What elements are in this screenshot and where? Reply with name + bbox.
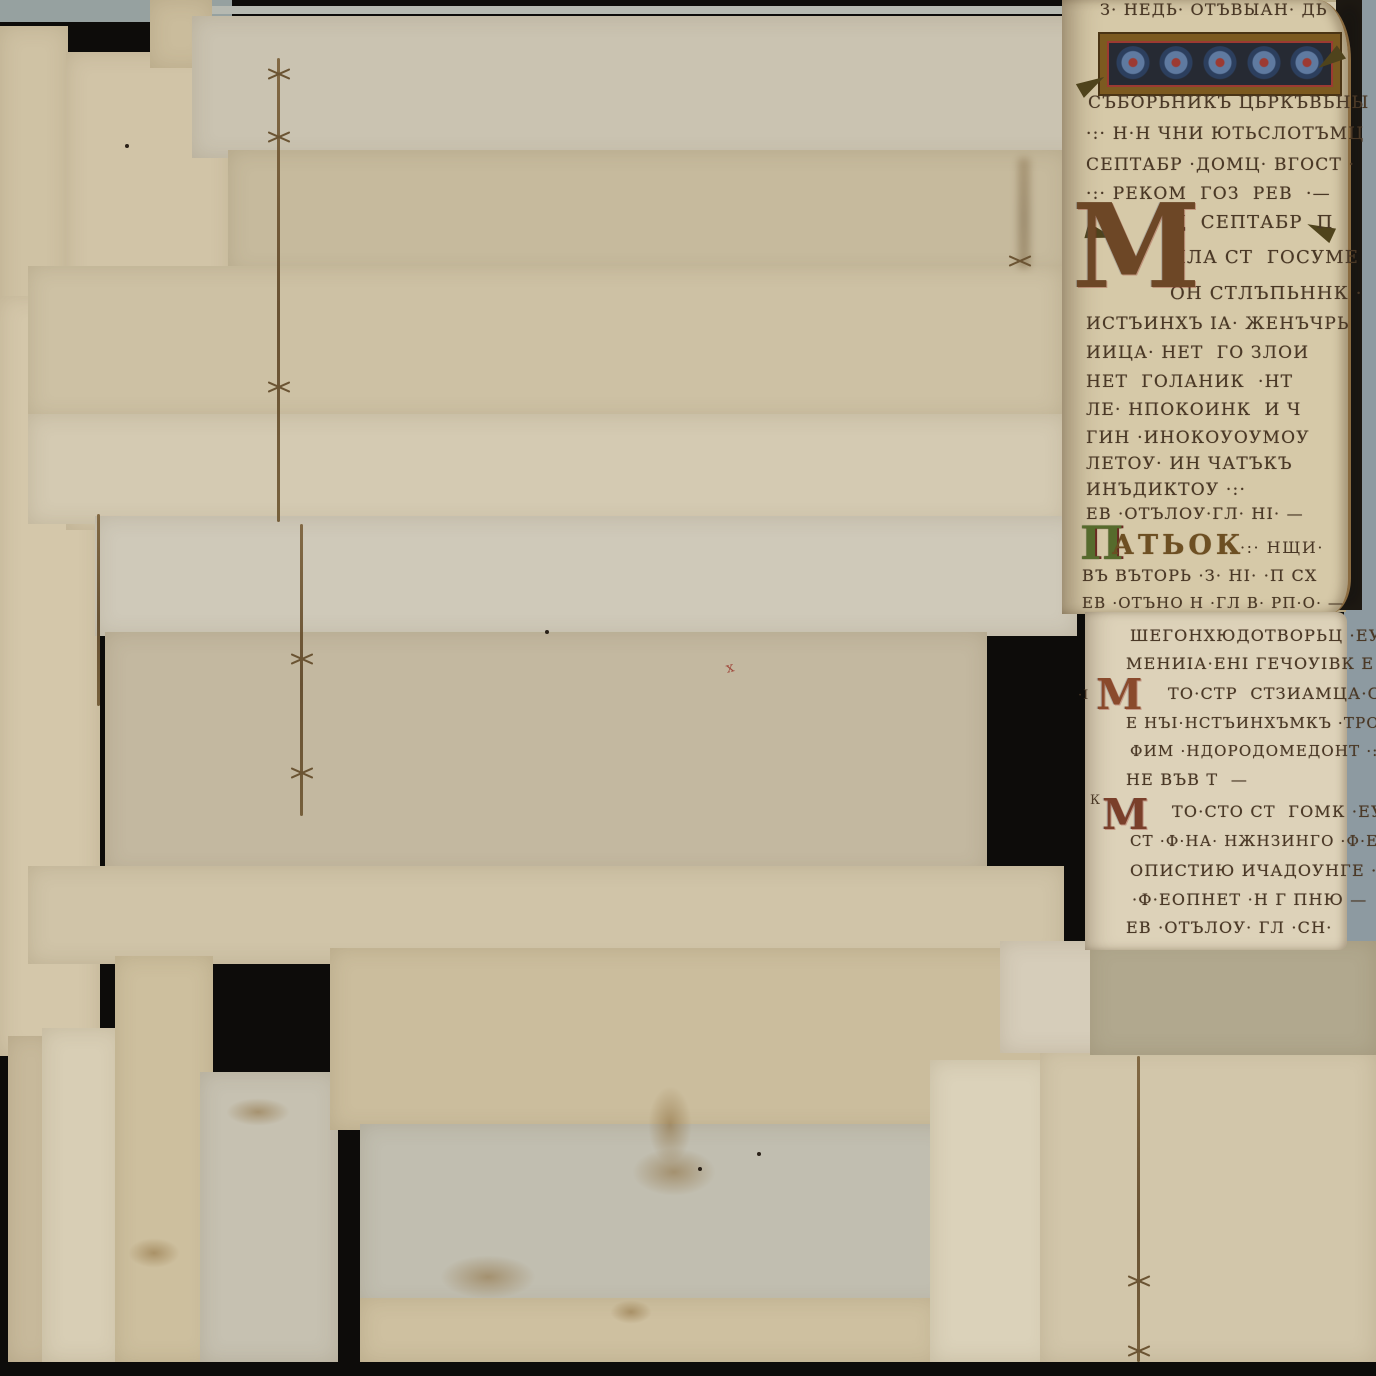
manuscript-text-line: Е НЪІ·НСТЪИНХЪМКЪ ·ТРО: [1126, 716, 1376, 731]
manuscript-text-line: ТО·СТР СТЗИАМЦА·СУ: [1168, 686, 1376, 702]
manuscript-text-line: СТ ·Ф·НА· НЖНЗИНГО ·Ф·Е: [1130, 834, 1376, 849]
ink-speck: [757, 1152, 761, 1156]
manuscript-text-line: СЕПТАБР ·ДОМЦ· ВГОСТ ·: [1086, 157, 1355, 174]
parchment-knot-stain: [226, 1098, 290, 1126]
parchment-patch: [930, 1060, 1052, 1362]
manuscript-text-line: ·:· Н·Н ЧНИ ЮТЬСЛОТЪМЦ: [1086, 126, 1364, 143]
manuscript-text-line: ГИН ·ИНОКОУОУМОУ: [1086, 430, 1310, 447]
stitched-seam: [97, 514, 100, 706]
stitched-seam: [1018, 158, 1030, 268]
illuminated-headpiece-ornament: [1100, 34, 1340, 94]
manuscript-text-line: ЕВ ·ОТЪЛОУ· ГЛ ·СН·: [1126, 920, 1333, 936]
parchment-patch: [42, 1028, 122, 1362]
parchment-patch: [228, 150, 1068, 274]
manuscript-text-line: МЕНИІА·ЕНІ ГЕЧОУІВК Е: [1126, 656, 1374, 672]
manuscript-text-line: ЛЕ· НПОКОИНК И Ч: [1086, 402, 1301, 419]
manuscript-collage-page: х П АТЬОК ·:· НЩИ· З· НЕДЬ· ОТЪВЫАН· ДЬС…: [0, 0, 1376, 1376]
parchment-patch: [192, 16, 1097, 158]
ornament-medallion: [1246, 46, 1282, 82]
decorated-initial-letter: М: [1096, 678, 1143, 712]
manuscript-text-line: ·Ф·ЕОПНЕТ ·Н Г ПНЮ —: [1132, 892, 1367, 908]
ink-speck: [698, 1167, 702, 1171]
decorated-initial-letter: М: [1072, 200, 1200, 295]
manuscript-text-line: ИНЪДИКТОУ ·:·: [1086, 482, 1246, 499]
manuscript-text-line: НЕ ВЪВ Т —: [1126, 772, 1248, 788]
ink-speck: [545, 630, 549, 634]
parchment-patch: [95, 516, 1077, 636]
manuscript-text-line: ШЕГОНХЮДОТВОРЬЦ ·ЕУ: [1130, 628, 1376, 644]
manuscript-text-line: ИСТЪИНХЪ ІА· ЖЕНЪЧРЬ: [1086, 316, 1350, 333]
parchment-knot-stain: [440, 1255, 536, 1299]
parchment-patch: [105, 632, 987, 874]
ornament-medallion: [1158, 46, 1194, 82]
decorated-initial-letter: М: [1102, 798, 1149, 832]
parchment-patch: [28, 414, 1066, 524]
parchment-patch: [28, 266, 1062, 418]
manuscript-text-line: ИИЦА· НЕТ ГО ЗЛОИ: [1086, 345, 1309, 362]
stitched-seam: [1137, 1056, 1140, 1362]
manuscript-text-line: ВЪ ВЪТОРЬ ·З· НІ· ·П СХ: [1082, 568, 1317, 584]
parchment-patch: [1040, 1048, 1376, 1362]
background-strip: [150, 6, 1135, 14]
margin-annotation: К: [1090, 793, 1101, 808]
manuscript-text-line: НЕТ ГОЛАНИК ·НТ: [1086, 374, 1293, 391]
margin-annotation: ·І: [1078, 688, 1089, 703]
heading-tail-text: ·:· НЩИ·: [1240, 538, 1324, 557]
manuscript-text-line: ФИМ ·НДОРОДОМЕДОНТ ·:·: [1130, 744, 1376, 759]
manuscript-text-line: СЪБОРЬНИКЪ ЦЬРКЪВЬНЫ: [1088, 95, 1369, 112]
ornament-medallion: [1202, 46, 1238, 82]
manuscript-text-line: ЕВ ·ОТЪНО Н ·ГЛ В· РП·О· —: [1082, 596, 1344, 611]
ornament-medallion: [1115, 46, 1151, 82]
manuscript-text-line: ЕВ ·ОТЪЛОУ·ГЛ· НІ· —: [1086, 506, 1304, 522]
parchment-knot-stain: [632, 1148, 716, 1196]
manuscript-text-line: ТО·СТО СТ ГОМК ·ЕУ: [1172, 804, 1376, 820]
stitched-seam: [277, 58, 280, 522]
parchment-knot-stain: [128, 1238, 180, 1268]
manuscript-text-line: ОПИСТИЮ ИЧАДОУНГЕ ·: [1130, 863, 1376, 879]
parchment-knot-stain: [610, 1300, 652, 1324]
parchment-patch: [115, 956, 213, 1362]
parchment-patch: [1090, 941, 1376, 1055]
manuscript-text-line: З· НЕДЬ· ОТЪВЫАН· ДЬ: [1100, 2, 1328, 18]
manuscript-text-line: ЛЕТОУ· ИН ЧАТЪКЪ: [1086, 456, 1293, 473]
ink-speck: [125, 144, 129, 148]
heading-text: АТЬОК: [1112, 530, 1244, 561]
